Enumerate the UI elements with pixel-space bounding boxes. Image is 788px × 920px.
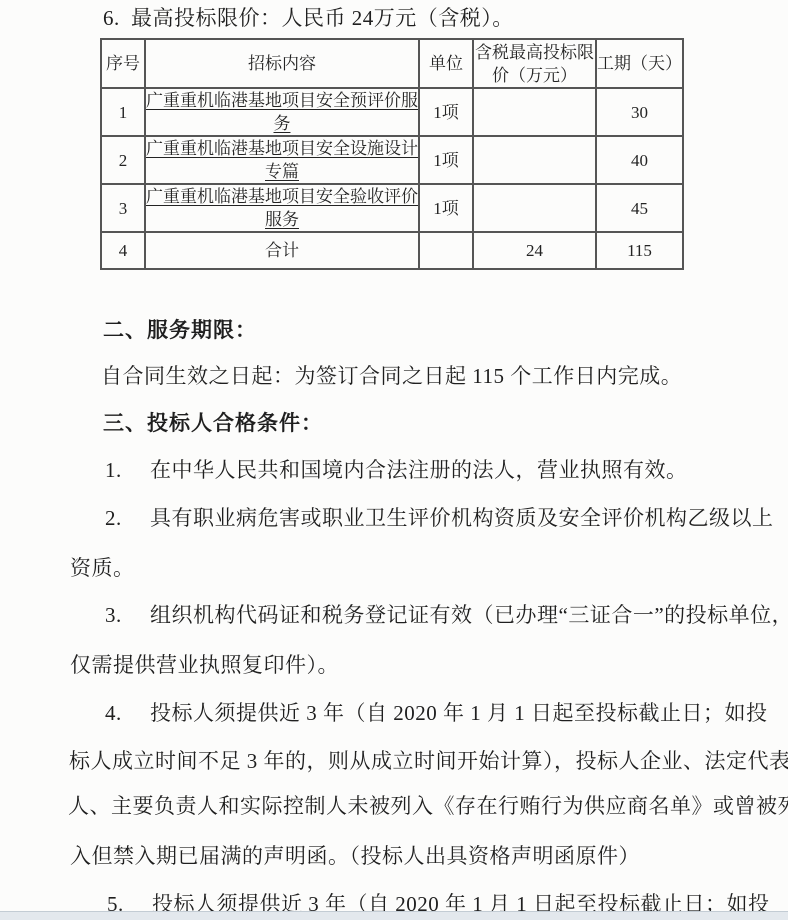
condition-3-text: 组织机构代码证和税务登记证有效（已办理“三证合一”的投标单位，	[150, 603, 788, 627]
condition-4-line-2: 标人成立时间不足 3 年的，则从成立时间开始计算），投标人企业、法定代表	[69, 748, 788, 774]
content-cell: 广重重机临港基地项目安全验收评价服务	[145, 184, 419, 232]
row-number-cell: 3	[101, 184, 145, 232]
unit-cell: 1项	[419, 88, 473, 136]
condition-2-text: 具有职业病危害或职业卫生评价机构资质及安全评价机构乙级以上	[150, 506, 774, 530]
header-price: 含税最高投标限价（万元）	[473, 39, 596, 88]
condition-3-line-1: 3.组织机构代码证和税务登记证有效（已办理“三证合一”的投标单位，	[105, 602, 788, 628]
price-cell	[473, 184, 596, 232]
condition-1-number: 1.	[105, 457, 150, 483]
content-cell: 广重重机临港基地项目安全设施设计专篇	[145, 136, 419, 184]
days-cell: 45	[596, 184, 683, 232]
document-page: 6.最高投标限价：人民币 24万元（含税）。 序号 招标内容 单位 含税最高投标…	[0, 0, 788, 920]
content-cell: 广重重机临港基地项目安全预评价服务	[145, 88, 419, 136]
row-number-cell: 4	[101, 232, 145, 269]
header-unit: 单位	[419, 39, 473, 88]
condition-1-line: 1.在中华人民共和国境内合法注册的法人，营业执照有效。	[105, 457, 688, 483]
unit-cell: 1项	[419, 184, 473, 232]
days-cell: 30	[596, 88, 683, 136]
condition-4-line-1: 4.投标人须提供近 3 年（自 2020 年 1 月 1 日起至投标截止日；如投	[105, 700, 768, 726]
condition-4-line-3: 人、主要负责人和实际控制人未被列入《存在行贿行为供应商名单》或曾被列	[68, 793, 788, 819]
header-seq: 序号	[101, 39, 145, 88]
clause-6-text: 最高投标限价：人民币 24万元（含税）。	[131, 6, 514, 30]
table-row: 3 广重重机临港基地项目安全验收评价服务 1项 45	[101, 184, 683, 232]
days-cell: 115	[596, 232, 683, 269]
table-row: 2 广重重机临港基地项目安全设施设计专篇 1项 40	[101, 136, 683, 184]
condition-4-text: 投标人须提供近 3 年（自 2020 年 1 月 1 日起至投标截止日；如投	[150, 701, 768, 725]
table-header-row: 序号 招标内容 单位 含税最高投标限价（万元） 工期（天）	[101, 39, 683, 88]
condition-4-number: 4.	[105, 700, 150, 726]
clause-6-number: 6.	[103, 5, 131, 31]
section-2-heading: 二、服务期限：	[103, 317, 257, 343]
clause-6-line: 6.最高投标限价：人民币 24万元（含税）。	[103, 5, 514, 31]
days-cell: 40	[596, 136, 683, 184]
price-cell: 24	[473, 232, 596, 269]
row-number-cell: 2	[101, 136, 145, 184]
unit-cell: 1项	[419, 136, 473, 184]
table-row-total: 4 合计 24 115	[101, 232, 683, 269]
section-2-body: 自合同生效之日起：为签订合同之日起 115 个工作日内完成。	[101, 363, 682, 389]
unit-cell	[419, 232, 473, 269]
condition-2-line-1: 2.具有职业病危害或职业卫生评价机构资质及安全评价机构乙级以上	[105, 505, 774, 531]
price-cell	[473, 88, 596, 136]
section-3-heading: 三、投标人合格条件：	[103, 410, 323, 436]
condition-2-line-2: 资质。	[70, 555, 135, 581]
header-days: 工期（天）	[596, 39, 683, 88]
price-cell	[473, 136, 596, 184]
condition-3-number: 3.	[105, 602, 150, 628]
scan-edge-strip	[0, 911, 788, 920]
condition-4-line-4: 入但禁入期已届满的声明函。（投标人出具资格声明函原件）	[70, 843, 640, 869]
content-cell: 合计	[145, 232, 419, 269]
header-content: 招标内容	[145, 39, 419, 88]
condition-1-text: 在中华人民共和国境内合法注册的法人，营业执照有效。	[150, 458, 688, 482]
condition-2-number: 2.	[105, 505, 150, 531]
row-number-cell: 1	[101, 88, 145, 136]
bid-items-table: 序号 招标内容 单位 含税最高投标限价（万元） 工期（天） 1 广重重机临港基地…	[100, 38, 684, 270]
condition-3-line-2: 仅需提供营业执照复印件）。	[70, 652, 339, 678]
table-row: 1 广重重机临港基地项目安全预评价服务 1项 30	[101, 88, 683, 136]
